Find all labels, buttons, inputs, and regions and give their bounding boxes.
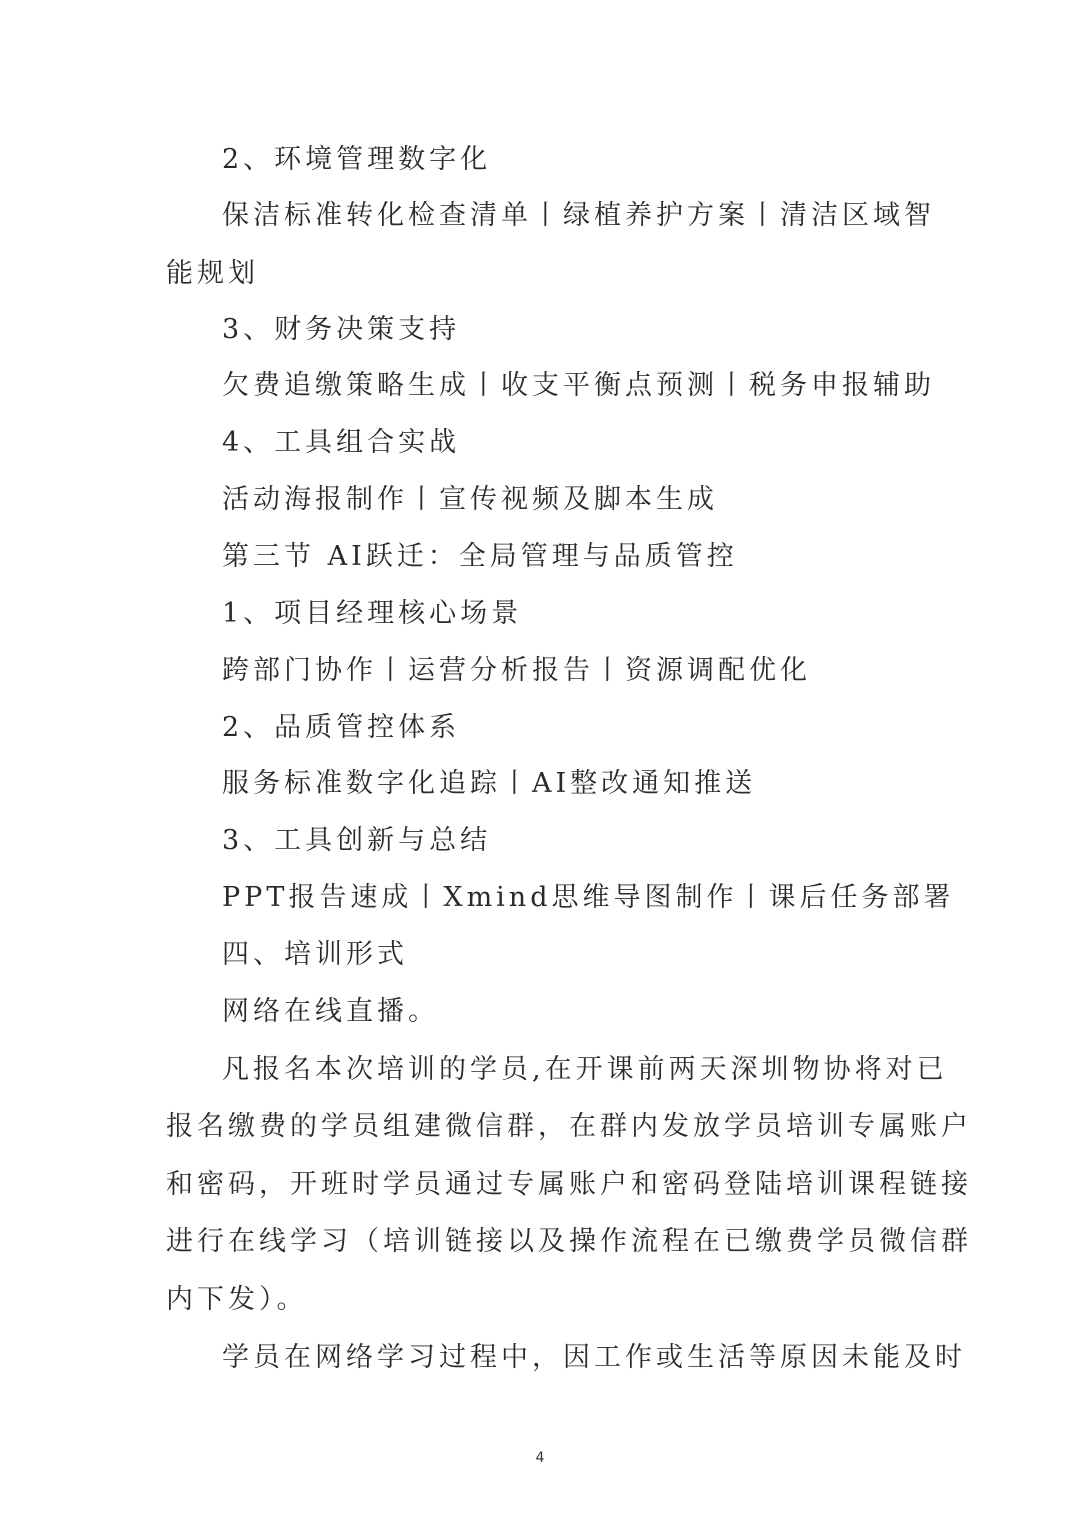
text-line: 能规划 [166, 254, 259, 294]
text-line: 报名缴费的学员组建微信群，在群内发放学员培训专属账户 [166, 1107, 972, 1147]
text-line: 内下发）。 [166, 1280, 308, 1320]
text-line: 1、项目经理核心场景 [222, 594, 522, 634]
text-line: 活动海报制作丨宣传视频及脚本生成 [222, 480, 718, 520]
text-line: 3、财务决策支持 [222, 310, 460, 350]
text-line: 欠费追缴策略生成丨收支平衡点预测丨税务申报辅助 [222, 366, 935, 406]
text-line: 跨部门协作丨运营分析报告丨资源调配优化 [222, 651, 811, 691]
text-line: 和密码，开班时学员通过专属账户和密码登陆培训课程链接 [166, 1165, 972, 1205]
text-line: 2、品质管控体系 [222, 708, 460, 748]
text-line: 服务标准数字化追踪丨AI整改通知推送 [222, 764, 756, 804]
text-line: 网络在线直播。 [222, 992, 439, 1032]
text-line: 进行在线学习（培训链接以及操作流程在已缴费学员微信群 [166, 1222, 972, 1262]
text-line: 学员在网络学习过程中，因工作或生活等原因未能及时 [222, 1338, 966, 1378]
text-line: 第三节 AI跃迁：全局管理与品质管控 [222, 537, 738, 577]
text-line: 4、工具组合实战 [222, 423, 460, 463]
text-line: 2、环境管理数字化 [222, 140, 491, 180]
page-number: 4 [0, 1450, 1080, 1466]
text-line: 凡报名本次培训的学员,在开课前两天深圳物协将对已 [222, 1050, 948, 1090]
text-line: 3、工具创新与总结 [222, 821, 491, 861]
text-line: 四、培训形式 [222, 935, 408, 975]
text-line: PPT报告速成丨Xmind思维导图制作丨课后任务部署 [222, 878, 954, 918]
text-line: 保洁标准转化检查清单丨绿植养护方案丨清洁区域智 [222, 196, 935, 236]
